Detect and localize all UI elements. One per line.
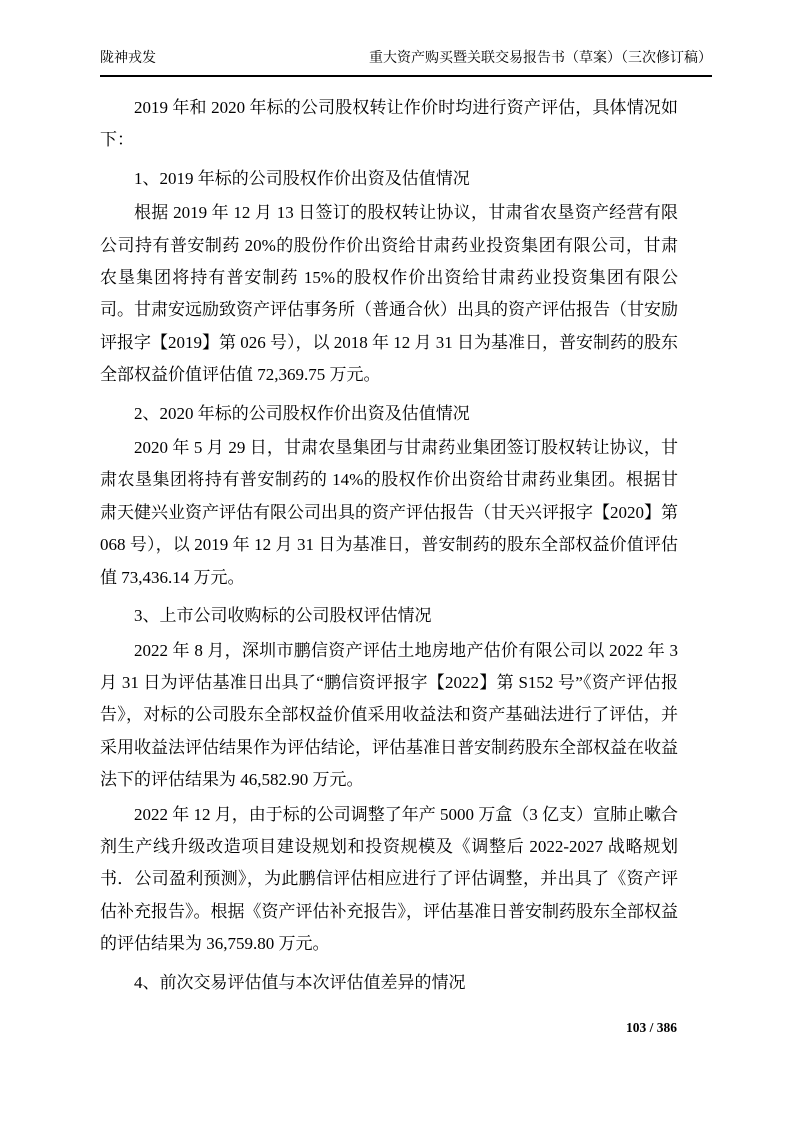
document-body: 2019 年和 2020 年标的公司股权转让作价时均进行资产评估，具体情况如下：… (100, 90, 678, 1001)
paragraph-2020-valuation: 2020 年 5 月 29 日，甘肃农垦集团与甘肃药业集团签订股权转让协议，甘肃… (100, 432, 678, 594)
paragraph-2022-adjustment: 2022 年 12 月，由于标的公司调整了年产 5000 万盒（3 亿支）宣肺止… (100, 799, 678, 961)
heading-section-3: 3、上市公司收购标的公司股权评估情况 (100, 600, 678, 632)
document-page: 陇神戎发 重大资产购买暨关联交易报告书（草案）（三次修订稿） 2019 年和 2… (0, 0, 793, 1122)
page-header: 陇神戎发 重大资产购买暨关联交易报告书（草案）（三次修订稿） (100, 50, 712, 77)
intro-paragraph: 2019 年和 2020 年标的公司股权转让作价时均进行资产评估，具体情况如下： (100, 92, 678, 157)
page-footer: 103 / 386 (100, 1019, 677, 1036)
page-number: 103 / 386 (626, 1020, 677, 1035)
header-document-title: 重大资产购买暨关联交易报告书（草案）（三次修订稿） (369, 50, 712, 68)
header-company-name: 陇神戎发 (100, 50, 156, 68)
heading-section-1: 1、2019 年标的公司股权作价出资及估值情况 (100, 163, 678, 195)
paragraph-2022-appraisal: 2022 年 8 月，深圳市鹏信资产评估土地房地产估价有限公司以 2022 年 … (100, 635, 678, 797)
paragraph-2019-valuation: 根据 2019 年 12 月 13 日签订的股权转让协议，甘肃省农垦资产经营有限… (100, 197, 678, 391)
heading-section-4: 4、前次交易评估值与本次评估值差异的情况 (100, 967, 678, 999)
heading-section-2: 2、2020 年标的公司股权作价出资及估值情况 (100, 398, 678, 430)
